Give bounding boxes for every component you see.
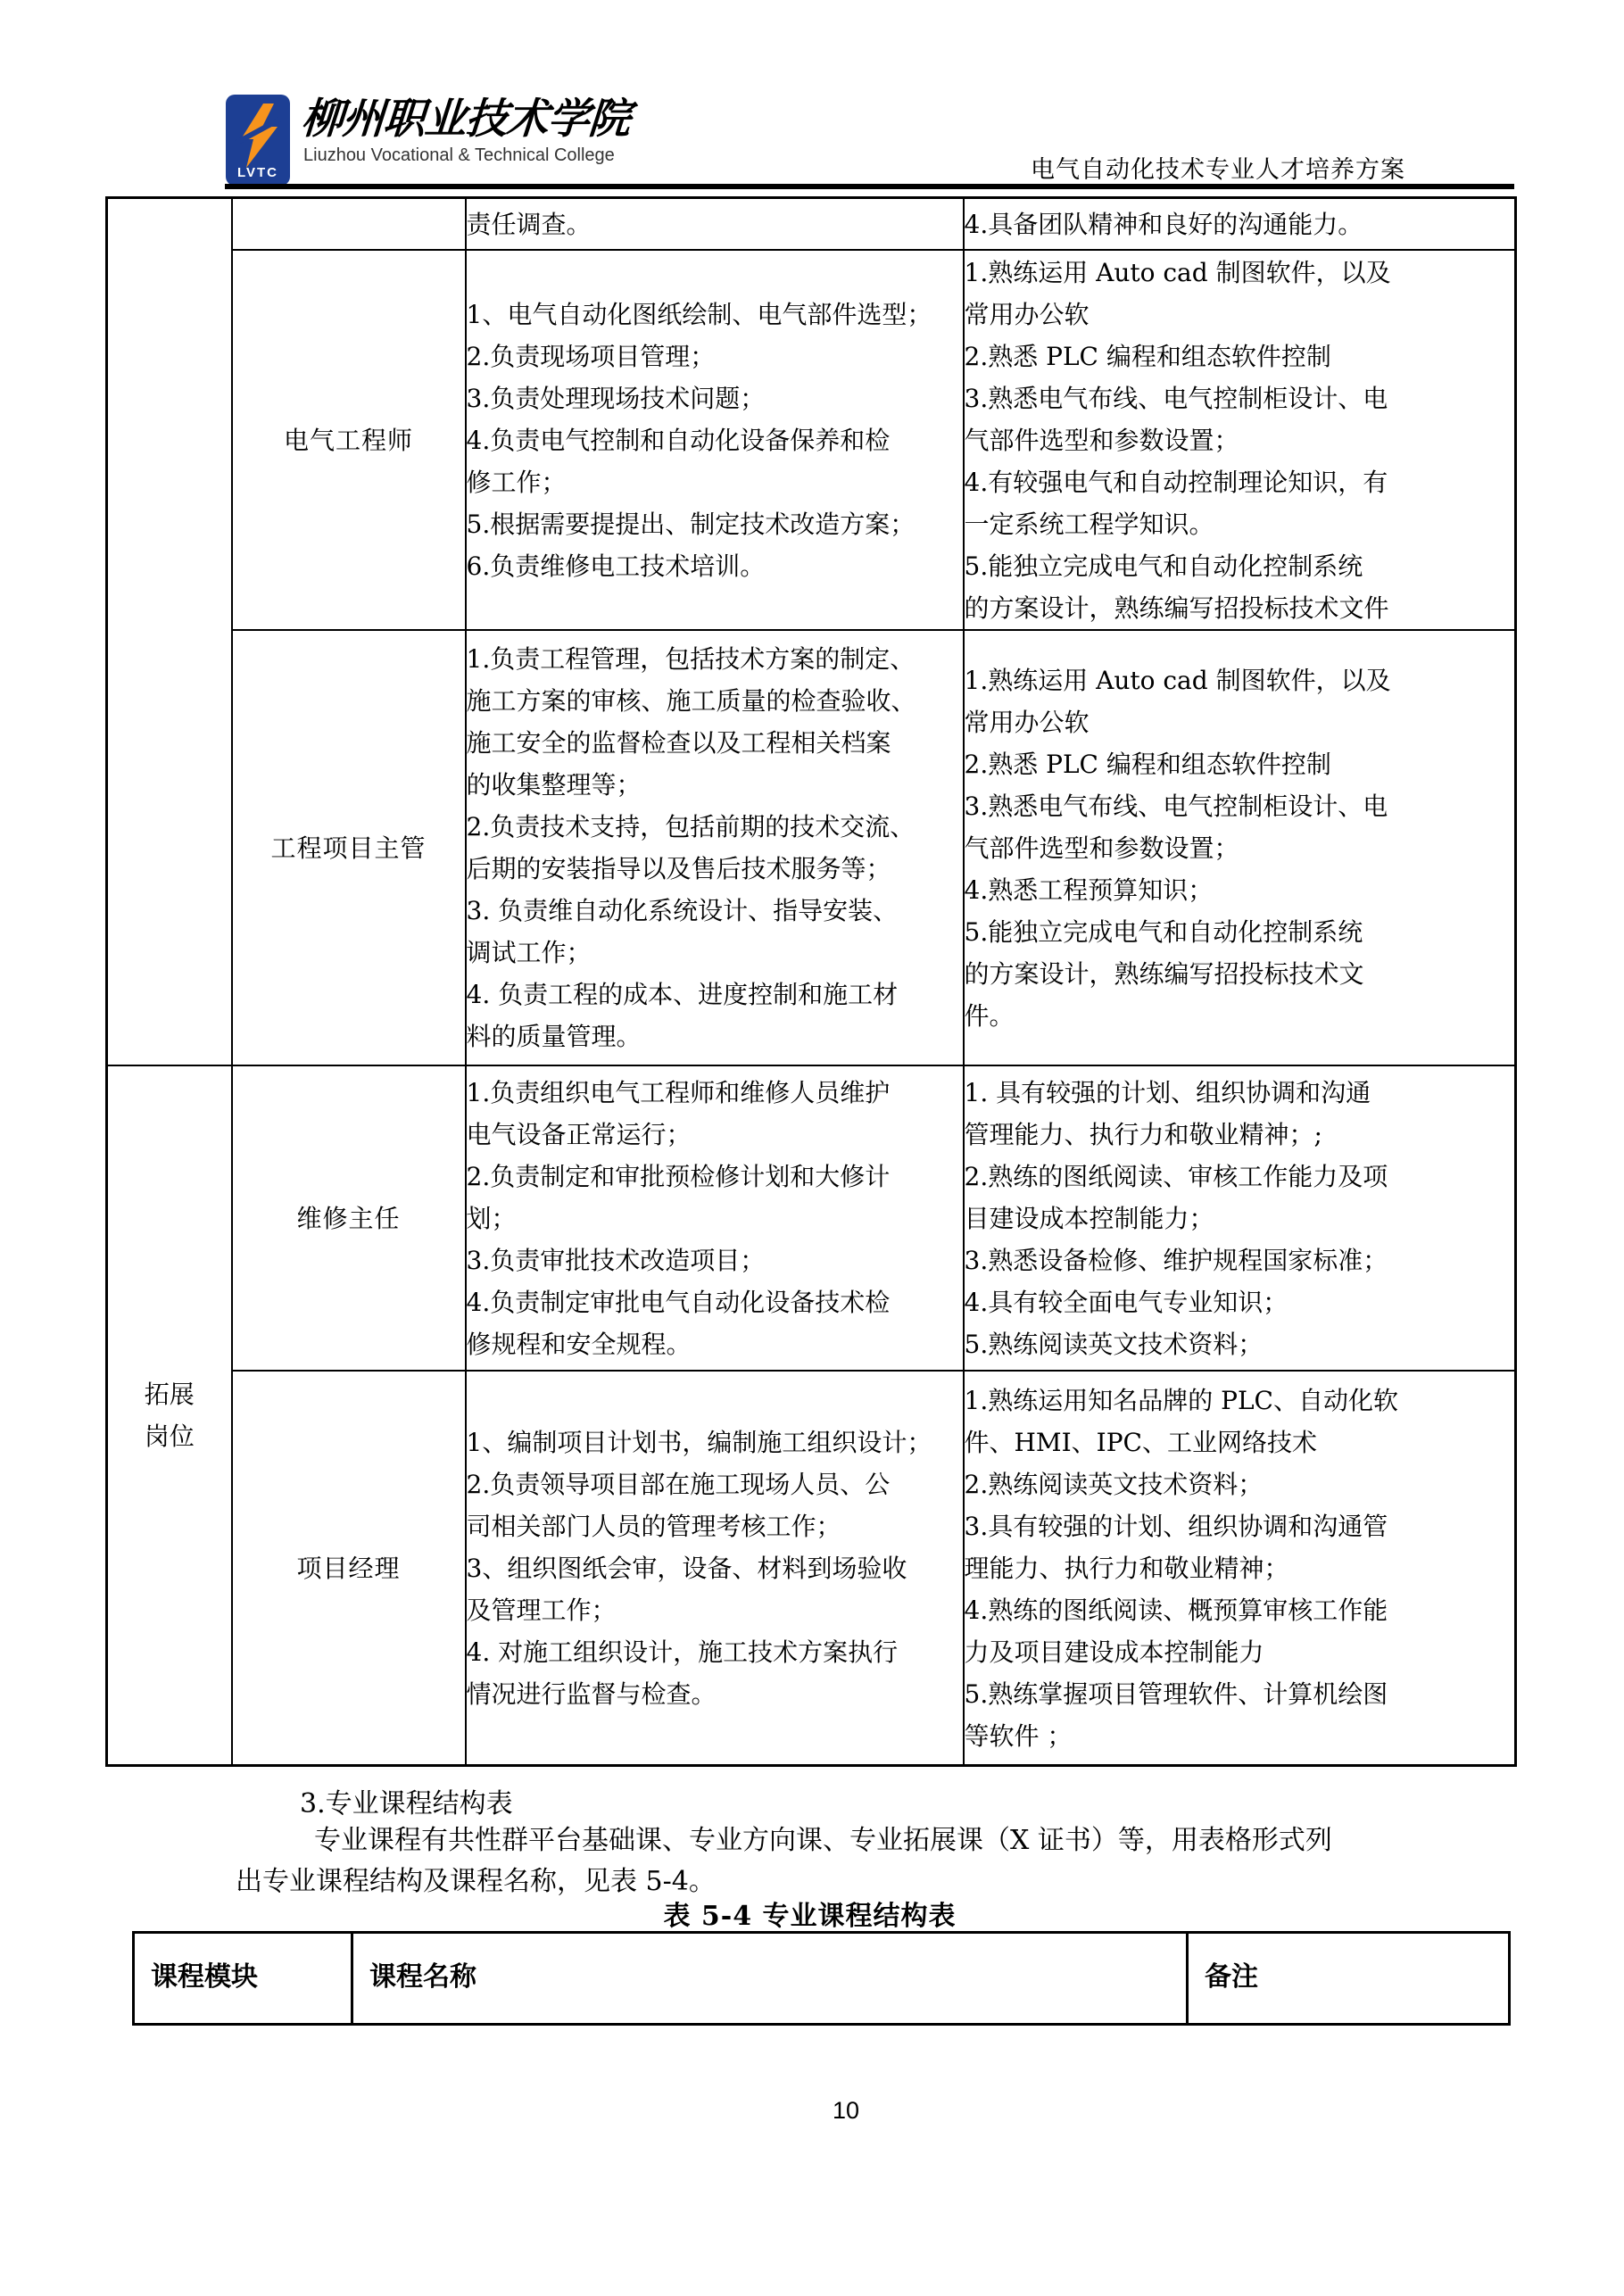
document-header-title: 电气自动化技术专业人才培养方案 [1031,150,1405,185]
column-header-module: 课程模块 [134,1933,352,2025]
requirement-cell: 1.熟练运用 Auto cad 制图软件，以及常用办公软2.熟悉 PLC 编程和… [964,250,1516,630]
duty-cell: 1、编制项目计划书，编制施工组织设计；2.负责领导项目部在施工现场人员、公司相关… [466,1371,964,1766]
job-title-cell: 项目经理 [232,1371,466,1766]
duty-cell: 1.负责工程管理，包括技术方案的制定、施工方案的审核、施工质量的检查验收、施工安… [466,630,964,1065]
duty-cell: 1.负责组织电气工程师和维修人员维护电气设备正常运行；2.负责制定和审批预检修计… [466,1065,964,1371]
section-heading: 3.专业课程结构表 [300,1781,513,1820]
job-title-cell-empty [232,198,466,251]
table-row: 电气工程师 1、电气自动化图纸绘制、电气部件选型；2.负责现场项目管理；3.负责… [107,250,1516,630]
document-page: LVTC 柳州职业技术学院 Liuzhou Vocational & Techn… [0,0,1624,2296]
school-name-chinese: 柳州职业技术学院 [300,86,633,145]
column-header-course-name: 课程名称 [352,1933,1188,2025]
section-cell-expansion-posts: 拓展岗位 [107,1065,232,1766]
requirement-cell: 1. 具有较强的计划、组织协调和沟通管理能力、执行力和敬业精神；;2.熟练的图纸… [964,1065,1516,1371]
positions-table: 责任调查。 4.具备团队精神和良好的沟通能力。 电气工程师 1、电气自动化图纸绘… [105,196,1517,1767]
logo-acronym: LVTC [226,165,290,180]
table-row: 项目经理 1、编制项目计划书，编制施工组织设计；2.负责领导项目部在施工现场人员… [107,1371,1516,1766]
body-paragraph: 专业课程有共性群平台基础课、专业方向课、专业拓展课（X 证书）等，用表格形式列出… [236,1820,1332,1902]
school-logo: LVTC [226,95,290,186]
header-divider [225,184,1514,189]
table-row: 责任调查。 4.具备团队精神和良好的沟通能力。 [107,198,1516,251]
requirement-cell: 1.熟练运用知名品牌的 PLC、自动化软件、HMI、IPC、工业网络技术2.熟练… [964,1371,1516,1766]
duty-cell: 责任调查。 [466,198,964,251]
table-caption: 表 5-4 专业课程结构表 [105,1894,1514,1933]
column-header-remark: 备注 [1188,1933,1510,2025]
table-row: 拓展岗位 维修主任 1.负责组织电气工程师和维修人员维护电气设备正常运行；2.负… [107,1065,1516,1371]
course-structure-table: 课程模块 课程名称 备注 [132,1931,1511,2026]
job-title-cell: 维修主任 [232,1065,466,1371]
job-title-cell: 工程项目主管 [232,630,466,1065]
school-name-english: Liuzhou Vocational & Technical College [303,145,615,166]
duty-cell: 1、电气自动化图纸绘制、电气部件选型；2.负责现场项目管理；3.负责处理现场技术… [466,250,964,630]
job-title-cell: 电气工程师 [232,250,466,630]
page-number: 10 [833,2097,859,2125]
table-row: 工程项目主管 1.负责工程管理，包括技术方案的制定、施工方案的审核、施工质量的检… [107,630,1516,1065]
table-header-row: 课程模块 课程名称 备注 [134,1933,1510,2025]
requirement-cell: 1.熟练运用 Auto cad 制图软件，以及常用办公软2.熟悉 PLC 编程和… [964,630,1516,1065]
section-cell-empty [107,198,232,1066]
requirement-cell: 4.具备团队精神和良好的沟通能力。 [964,198,1516,251]
